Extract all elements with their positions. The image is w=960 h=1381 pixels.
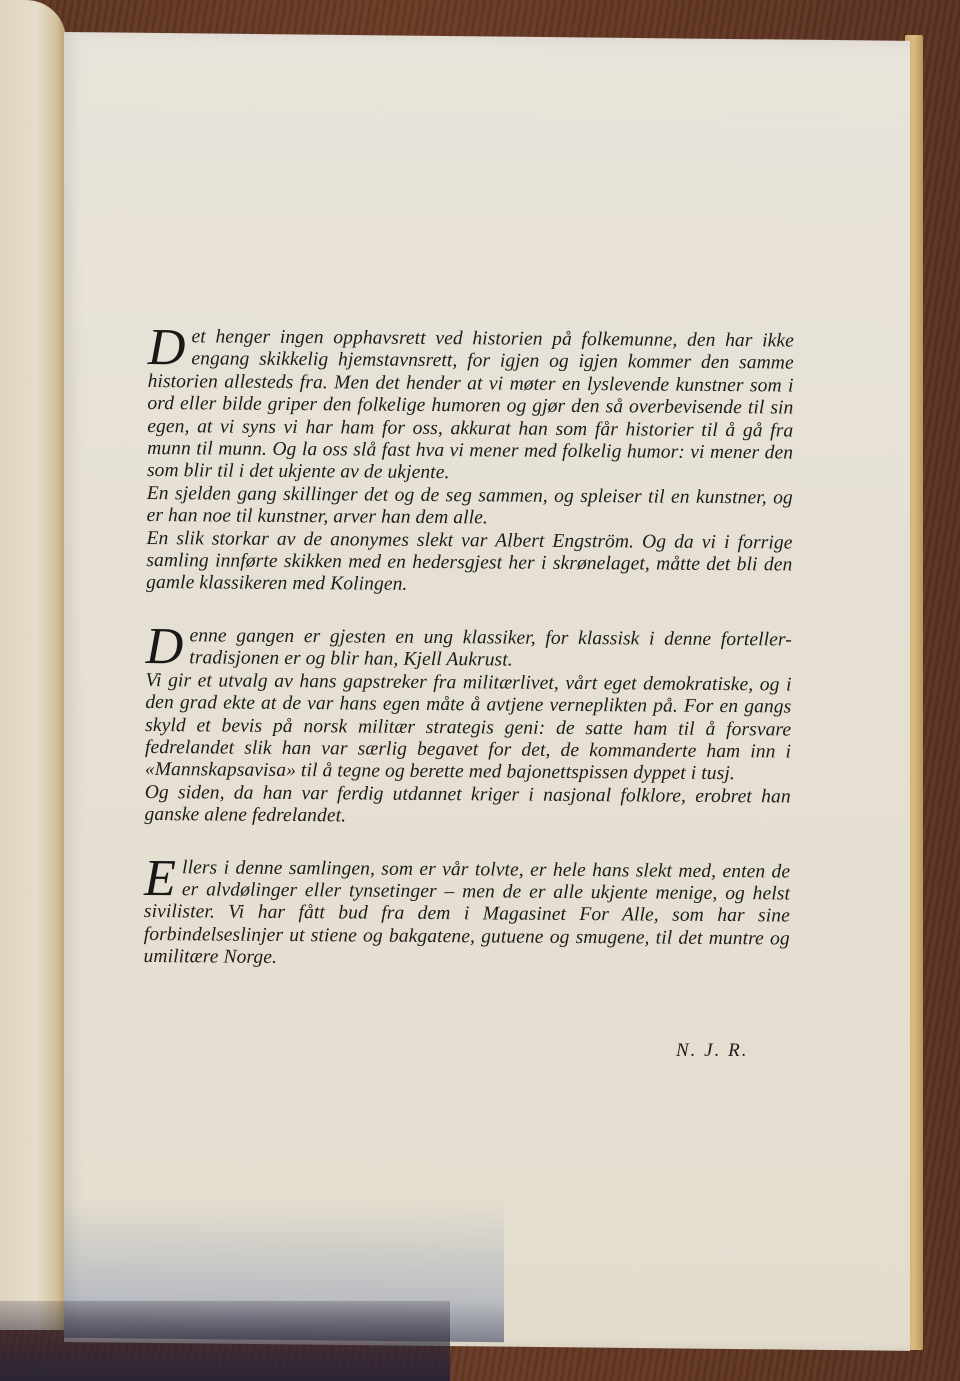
foreword-text: D et henger ingen opphavsrett ved histor… <box>143 326 794 1003</box>
text-line: En sjelden gang skillinger det og de seg… <box>147 483 793 532</box>
paragraph-1: D et henger ingen opphavsrett ved histor… <box>146 326 794 599</box>
text-line: et henger ingen opphavsrett ved historie… <box>147 326 794 487</box>
dropcap: D <box>148 328 186 368</box>
paragraph-3: E llers i denne samlingen, som er vår to… <box>144 857 791 974</box>
corner-shadow <box>0 1301 450 1381</box>
text-line: llers i denne samlingen, som er vår tolv… <box>144 857 791 974</box>
text-line: Og siden, da han var ferdig utdannet kri… <box>145 782 791 831</box>
text-line: Vi gir et utvalg av hans gapstreker fra … <box>145 670 792 787</box>
left-facing-page <box>0 0 66 1330</box>
dropcap: E <box>144 859 176 899</box>
text-line: enne gangen er gjesten en ung klassiker,… <box>146 625 792 674</box>
dropcap: D <box>146 627 184 667</box>
paragraph-2: D enne gangen er gjesten en ung klassike… <box>145 625 792 831</box>
signature: N. J. R. <box>676 1040 748 1062</box>
text-line: En slik storkar av de anonymes slekt var… <box>146 528 792 600</box>
